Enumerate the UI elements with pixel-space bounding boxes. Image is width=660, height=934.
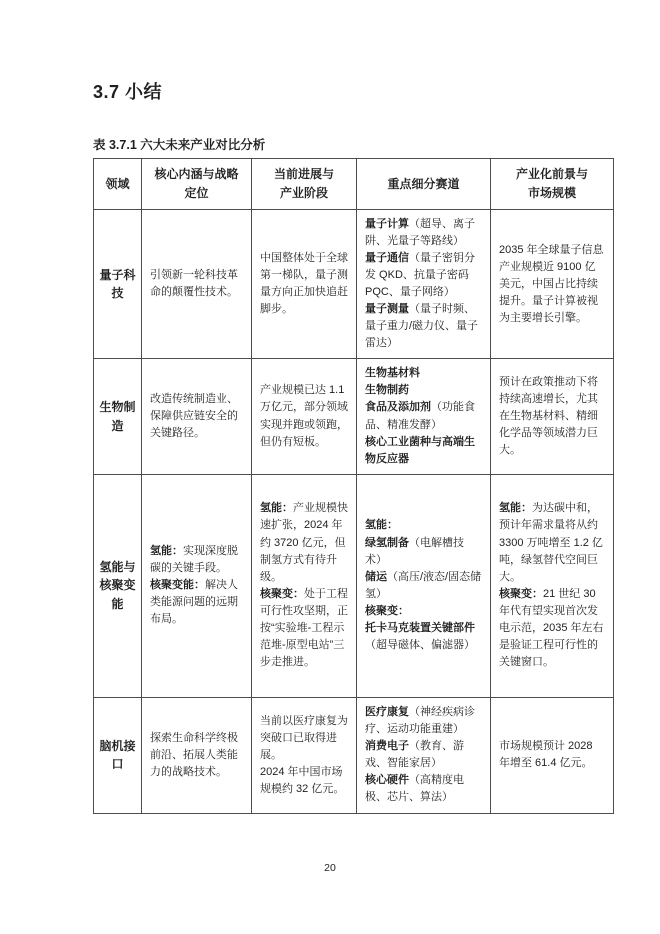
header-cell-current-stage: 当前进展与 产业阶段	[252, 159, 357, 210]
domain-cell: 量子科技	[94, 210, 142, 359]
domain-cell: 生物制造	[94, 359, 142, 474]
header-cell-market-outlook: 产业化前景与 市场规模	[491, 159, 614, 210]
cell-key-segments: 氢能： 绿氢制备（电解槽技术） 储运（高压/液态/固态储氢） 核聚变： 托卡马克…	[357, 474, 491, 697]
header-cell-core-positioning: 核心内涵与战略 定位	[142, 159, 252, 210]
cell-market-outlook: 预计在政策推动下将持续高速增长，尤其在生物基材料、精细化学品等领域潜力巨大。	[491, 359, 614, 474]
page-content: 3.7 小结 表 3.7.1 六大未来产业对比分析 领域 核心内涵与战略 定位 …	[93, 78, 613, 814]
table-row: 氢能与核聚变能 氢能：实现深度脱碳的关键手段。 核聚变能：解决人类能源问题的远期…	[94, 474, 614, 697]
header-cell-key-segments: 重点细分赛道	[357, 159, 491, 210]
header-cell-domain: 领域	[94, 159, 142, 210]
comparison-table: 领域 核心内涵与战略 定位 当前进展与 产业阶段 重点细分赛道 产业化前景与 市…	[93, 158, 614, 814]
table-row: 量子科技 引领新一轮科技革命的颠覆性技术。 中国整体处于全球第一梯队，量子测量方…	[94, 210, 614, 359]
cell-core-positioning: 氢能：实现深度脱碳的关键手段。 核聚变能：解决人类能源问题的远期布局。	[142, 474, 252, 697]
cell-current-stage: 中国整体处于全球第一梯队，量子测量方向正加快追赶脚步。	[252, 210, 357, 359]
cell-core-positioning: 探索生命科学终极前沿、拓展人类能力的战略技术。	[142, 697, 252, 813]
table-row: 脑机接口 探索生命科学终极前沿、拓展人类能力的战略技术。 当前以医疗康复为突破口…	[94, 697, 614, 813]
section-title: 3.7 小结	[93, 78, 613, 104]
cell-market-outlook: 市场规模预计 2028 年增至 61.4 亿元。	[491, 697, 614, 813]
cell-market-outlook: 氢能：为达碳中和，预计年需求量将从约 3300 万吨增至 1.2 亿吨，绿氢替代…	[491, 474, 614, 697]
cell-core-positioning: 改造传统制造业、保障供应链安全的关键路径。	[142, 359, 252, 474]
domain-cell: 氢能与核聚变能	[94, 474, 142, 697]
cell-key-segments: 量子计算（超导、离子阱、光量子等路线） 量子通信（量子密钥分发 QKD、抗量子密…	[357, 210, 491, 359]
domain-cell: 脑机接口	[94, 697, 142, 813]
cell-key-segments: 医疗康复（神经疾病诊疗、运动功能重建） 消费电子（教育、游戏、智能家居） 核心硬…	[357, 697, 491, 813]
cell-core-positioning: 引领新一轮科技革命的颠覆性技术。	[142, 210, 252, 359]
table-caption: 表 3.7.1 六大未来产业对比分析	[93, 135, 613, 153]
cell-current-stage: 产业规模已达 1.1 万亿元，部分领域实现并跑或领跑，但仍有短板。	[252, 359, 357, 474]
cell-current-stage: 氢能：产业规模快速扩张，2024 年约 3720 亿元，但制氢方式有待升级。 核…	[252, 474, 357, 697]
table-row: 生物制造 改造传统制造业、保障供应链安全的关键路径。 产业规模已达 1.1 万亿…	[94, 359, 614, 474]
header-row: 领域 核心内涵与战略 定位 当前进展与 产业阶段 重点细分赛道 产业化前景与 市…	[94, 159, 614, 210]
page-number: 20	[0, 862, 660, 874]
cell-key-segments: 生物基材料 生物制药 食品及添加剂（功能食品、精准发酵） 核心工业菌种与高端生物…	[357, 359, 491, 474]
cell-current-stage: 当前以医疗康复为突破口已取得进展。 2024 年中国市场规模约 32 亿元。	[252, 697, 357, 813]
cell-market-outlook: 2035 年全球量子信息产业规模近 9100 亿美元，中国占比持续提升。量子计算…	[491, 210, 614, 359]
